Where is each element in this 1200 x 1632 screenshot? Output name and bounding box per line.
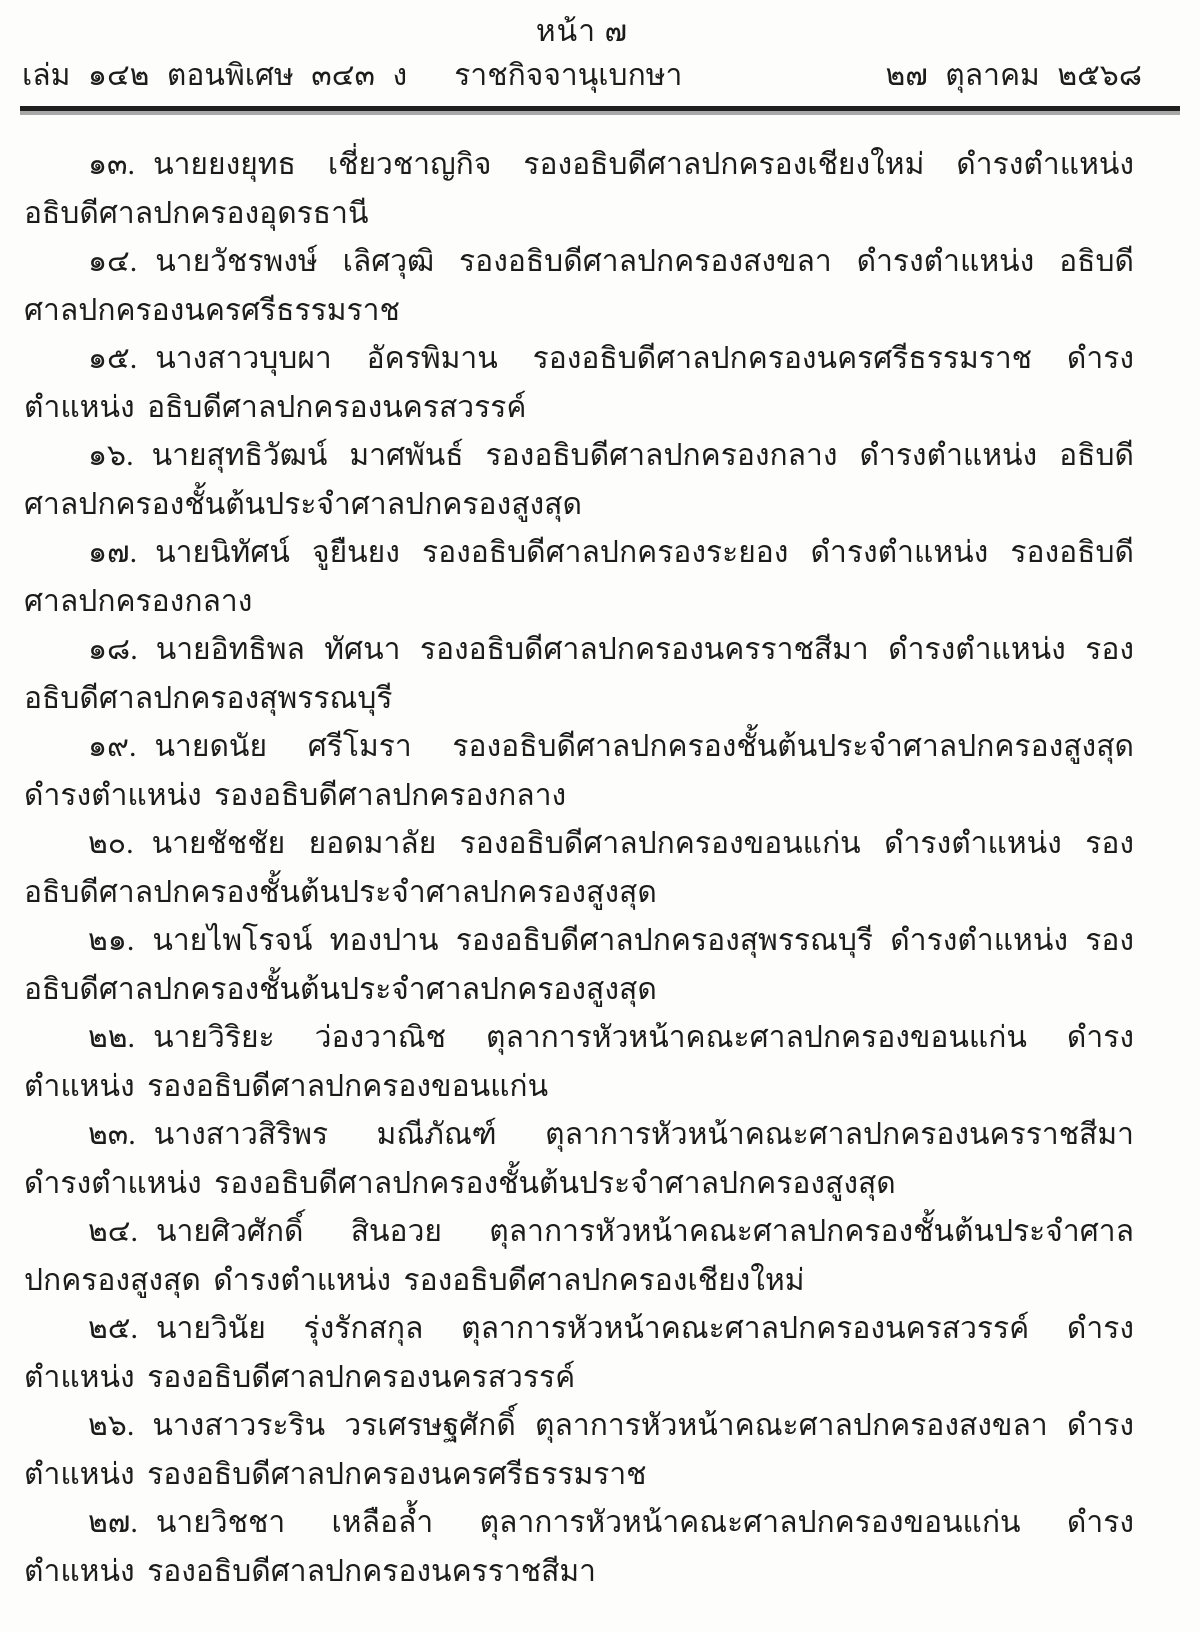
gazette-title: ราชกิจจานุเบกษา	[454, 54, 682, 98]
entry-number: ๒๖.	[88, 1409, 134, 1442]
appointment-entry-18: ๑๘.นายอิทธิพล ทัศนา รองอธิบดีศาลปกครองนค…	[24, 626, 1134, 723]
entry-number: ๑๕.	[88, 342, 137, 375]
entry-text: นายวิชชา เหลือล้ำ ตุลาการหัวหน้าคณะศาลปก…	[24, 1506, 1134, 1588]
header-row: เล่ม ๑๔๒ ตอนพิเศษ ๓๔๓ ง ราชกิจจานุเบกษา …	[22, 54, 1142, 98]
entry-number: ๒๔.	[88, 1215, 138, 1248]
appointment-entry-19: ๑๙.นายดนัย ศรีโมรา รองอธิบดีศาลปกครองชั้…	[24, 723, 1134, 820]
entry-number: ๑๔.	[88, 245, 137, 278]
entry-number: ๒๐.	[88, 827, 134, 860]
entry-text: นายชัชชัย ยอดมาลัย รองอธิบดีศาลปกครองขอน…	[24, 827, 1134, 909]
appointment-entry-15: ๑๕.นางสาวบุบผา อัครพิมาน รองอธิบดีศาลปกค…	[24, 335, 1134, 432]
page-number: หน้า ๗	[22, 12, 1142, 52]
entry-number: ๒๗.	[88, 1506, 138, 1539]
entry-text: นายวิริยะ ว่องวาณิช ตุลาการหัวหน้าคณะศาล…	[24, 1021, 1134, 1103]
entry-text: นายวินัย รุ่งรักสกุล ตุลาการหัวหน้าคณะศา…	[24, 1312, 1134, 1394]
entry-text: นายไพโรจน์ ทองปาน รองอธิบดีศาลปกครองสุพร…	[24, 924, 1134, 1006]
entry-text: นางสาวบุบผา อัครพิมาน รองอธิบดีศาลปกครอง…	[24, 342, 1134, 424]
appointment-entry-23: ๒๓.นางสาวสิริพร มณีภัณฑ์ ตุลาการหัวหน้าค…	[24, 1111, 1134, 1208]
appointment-entry-21: ๒๑.นายไพโรจน์ ทองปาน รองอธิบดีศาลปกครองส…	[24, 917, 1134, 1014]
entry-number: ๒๕.	[88, 1312, 138, 1345]
document-body: ๑๓.นายยงยุทธ เชี่ยวชาญกิจ รองอธิบดีศาลปก…	[0, 111, 1200, 1596]
entry-number: ๑๗.	[88, 536, 137, 569]
gazette-date: ๒๗ ตุลาคม ๒๕๖๘	[885, 54, 1142, 98]
volume-info: เล่ม ๑๔๒ ตอนพิเศษ ๓๔๓ ง	[22, 54, 407, 98]
gazette-header: หน้า ๗ เล่ม ๑๔๒ ตอนพิเศษ ๓๔๓ ง ราชกิจจาน…	[0, 0, 1200, 98]
entry-text: นายนิทัศน์ จูยืนยง รองอธิบดีศาลปกครองระย…	[24, 536, 1134, 618]
entry-number: ๒๓.	[88, 1118, 136, 1151]
appointment-entry-17: ๑๗.นายนิทัศน์ จูยืนยง รองอธิบดีศาลปกครอง…	[24, 529, 1134, 626]
entry-text: นายสุทธิวัฒน์ มาศพันธ์ รองอธิบดีศาลปกครอ…	[24, 439, 1134, 521]
entry-number: ๑๖.	[88, 439, 134, 472]
appointment-entry-16: ๑๖.นายสุทธิวัฒน์ มาศพันธ์ รองอธิบดีศาลปก…	[24, 432, 1134, 529]
entry-number: ๒๑.	[88, 924, 134, 957]
entry-number: ๒๒.	[88, 1021, 135, 1054]
entry-text: นายยงยุทธ เชี่ยวชาญกิจ รองอธิบดีศาลปกครอ…	[24, 148, 1134, 230]
appointment-entry-24: ๒๔.นายศิวศักดิ์ สินอวย ตุลาการหัวหน้าคณะ…	[24, 1208, 1134, 1305]
entry-number: ๑๙.	[88, 730, 137, 763]
appointment-entry-25: ๒๕.นายวินัย รุ่งรักสกุล ตุลาการหัวหน้าคณ…	[24, 1305, 1134, 1402]
appointment-entry-13: ๑๓.นายยงยุทธ เชี่ยวชาญกิจ รองอธิบดีศาลปก…	[24, 141, 1134, 238]
entry-text: นายศิวศักดิ์ สินอวย ตุลาการหัวหน้าคณะศาล…	[24, 1215, 1134, 1297]
entry-text: นางสาวระริน วรเศรษฐศักดิ์ ตุลาการหัวหน้า…	[24, 1409, 1134, 1491]
entry-text: นายวัชรพงษ์ เลิศวุฒิ รองอธิบดีศาลปกครองส…	[24, 245, 1134, 327]
appointment-entry-27: ๒๗.นายวิชชา เหลือล้ำ ตุลาการหัวหน้าคณะศา…	[24, 1499, 1134, 1596]
entry-number: ๑๓.	[88, 148, 135, 181]
entry-number: ๑๘.	[88, 633, 138, 666]
appointment-entry-20: ๒๐.นายชัชชัย ยอดมาลัย รองอธิบดีศาลปกครอง…	[24, 820, 1134, 917]
entry-text: นายอิทธิพล ทัศนา รองอธิบดีศาลปกครองนครรา…	[24, 633, 1134, 715]
gazette-page: หน้า ๗ เล่ม ๑๔๒ ตอนพิเศษ ๓๔๓ ง ราชกิจจาน…	[0, 0, 1200, 1632]
entry-text: นายดนัย ศรีโมรา รองอธิบดีศาลปกครองชั้นต้…	[24, 730, 1134, 812]
entry-text: นางสาวสิริพร มณีภัณฑ์ ตุลาการหัวหน้าคณะศ…	[24, 1118, 1134, 1200]
appointment-entry-22: ๒๒.นายวิริยะ ว่องวาณิช ตุลาการหัวหน้าคณะ…	[24, 1014, 1134, 1111]
appointment-entry-14: ๑๔.นายวัชรพงษ์ เลิศวุฒิ รองอธิบดีศาลปกคร…	[24, 238, 1134, 335]
appointment-entry-26: ๒๖.นางสาวระริน วรเศรษฐศักดิ์ ตุลาการหัวห…	[24, 1402, 1134, 1499]
